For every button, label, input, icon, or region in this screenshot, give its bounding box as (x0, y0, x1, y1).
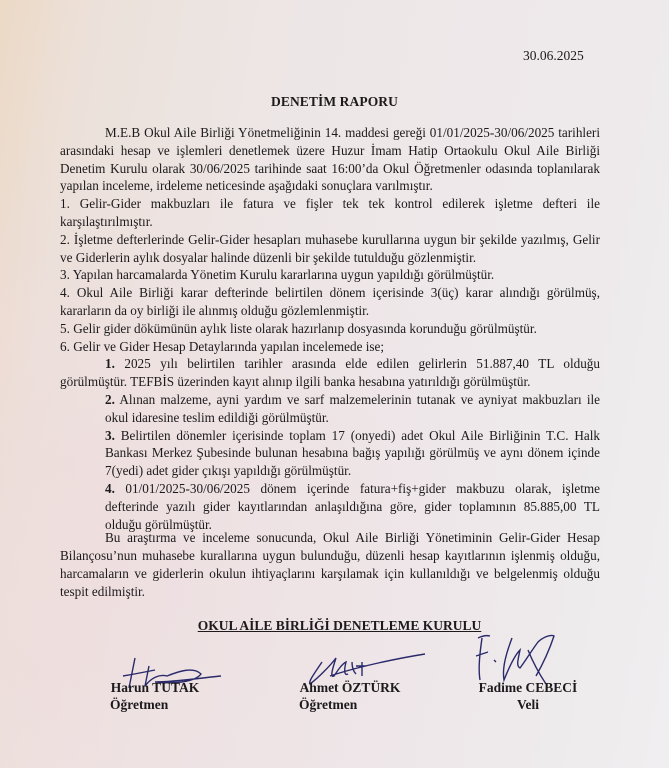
finding-5: 5. Gelir gider dökümünün aylık liste ola… (60, 320, 600, 338)
detail-number: 1. (105, 356, 115, 371)
detail-text: Belirtilen dönemler içerisinde toplam 17… (105, 428, 600, 479)
detail-3: 3. Belirtilen dönemler içerisinde toplam… (60, 427, 600, 480)
signatory-2: Ahmet ÖZTÜRK Öğretmen (285, 679, 415, 713)
signatory-name: Fadime CEBECİ (479, 680, 578, 695)
finding-3: 3. Yapılan harcamalarda Yönetim Kurulu k… (60, 266, 600, 284)
signatory-1: Harun TUTAK Öğretmen (100, 679, 210, 713)
conclusion-paragraph: Bu araştırma ve inceleme sonucunda, Okul… (60, 529, 600, 600)
report-body: M.E.B Okul Aile Birliği Yönetmeliğinin 1… (60, 124, 600, 533)
detail-text: Alınan malzeme, ayni yardım ve sarf malz… (105, 392, 600, 425)
signatory-role: Öğretmen (285, 696, 415, 713)
detail-4: 4. 01/01/2025-30/06/2025 dönem içerinde … (60, 480, 600, 533)
detail-1: 1. 2025 yılı belirtilen tarihler arasınd… (60, 355, 600, 391)
signature-fadime (472, 630, 582, 686)
signatory-3: Fadime CEBECİ Veli (468, 679, 588, 713)
finding-6: 6. Gelir ve Gider Hesap Detaylarında yap… (60, 338, 600, 356)
finding-2: 2. İşletme defterlerinde Gelir-Gider hes… (60, 231, 600, 267)
committee-title: OKUL AİLE BİRLİĞİ DENETLEME KURULU (0, 618, 669, 634)
signatory-name: Ahmet ÖZTÜRK (300, 680, 401, 695)
detail-number: 2. (105, 392, 115, 407)
report-date: 30.06.2025 (523, 48, 584, 64)
finding-4: 4. Okul Aile Birliği karar defterinde be… (60, 284, 600, 320)
signatory-name: Harun TUTAK (111, 680, 199, 695)
intro-paragraph: M.E.B Okul Aile Birliği Yönetmeliğinin 1… (60, 124, 600, 195)
detail-2: 2. Alınan malzeme, ayni yardım ve sarf m… (60, 391, 600, 427)
report-title: DENETİM RAPORU (0, 94, 669, 110)
finding-1: 1. Gelir-Gider makbuzları ile fatura ve … (60, 195, 600, 231)
signatory-role: Öğretmen (100, 696, 210, 713)
detail-text: 01/01/2025-30/06/2025 dönem içerinde fat… (105, 481, 600, 532)
detail-number: 3. (105, 428, 115, 443)
signatory-role: Veli (468, 696, 588, 713)
detail-text: 2025 yılı belirtilen tarihler arasında e… (60, 356, 600, 389)
detail-number: 4. (105, 481, 115, 496)
